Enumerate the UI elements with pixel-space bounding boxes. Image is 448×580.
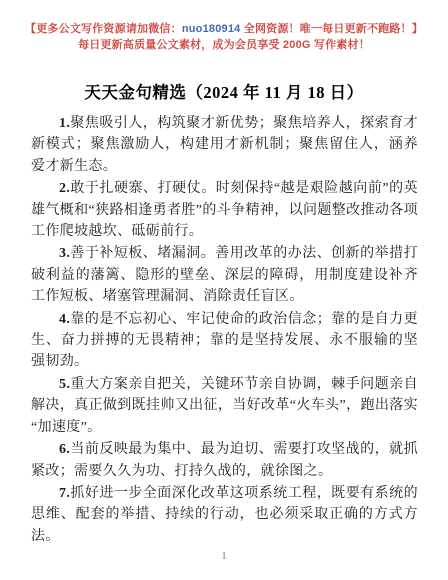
paragraph-1: 1.聚焦吸引人，构筑聚才新优势；聚焦培养人，探索育才新模式；聚焦激励人，构建用才… xyxy=(31,113,418,177)
paragraph-1-text: 聚焦吸引人，构筑聚才新优势；聚焦培养人，探索育才新模式；聚焦激励人，构建用才新机… xyxy=(31,116,418,174)
paragraph-5-number: 5. xyxy=(59,377,70,392)
ad-line-1: 【更多公文写作资源请加微信：nuo180914 全网资源！唯一每日更新不跑路！】 xyxy=(0,21,448,37)
paragraph-6: 6.当前反映最为集中、最为迫切、需要打攻坚战的，就抓紧改；需要久久为功、打持久战… xyxy=(31,439,418,482)
paragraph-5: 5.重大方案亲自把关，关键环节亲自协调，棘手问题亲自解决，真正做到既挂帅又出征，… xyxy=(31,374,418,438)
paragraph-2-text: 敢于扎硬寨、打硬仗。时刻保持“越是艰险越向前”的英雄气概和“狭路相逢勇者胜”的斗… xyxy=(31,181,418,239)
page-number: 1 xyxy=(0,551,448,562)
paragraph-6-text: 当前反映最为集中、最为迫切、需要打攻坚战的，就抓紧改；需要久久为功、打持久战的，… xyxy=(31,442,418,478)
paragraph-3: 3.善于补短板、堵漏洞。善用改革的办法、创新的举措打破利益的藩篱、隐形的壁垒、深… xyxy=(31,243,418,307)
paragraph-7: 7.抓好进一步全面深化改革这项系统工程，既要有系统的思维、配套的举措、持续的行动… xyxy=(31,483,418,547)
paragraph-5-text: 重大方案亲自把关，关键环节亲自协调，棘手问题亲自解决，真正做到既挂帅又出征，当好… xyxy=(31,377,418,435)
paragraph-4-text: 靠的是不忘初心、牢记使命的政治信念；靠的是自力更生、奋力拼搏的无畏精神；靠的是坚… xyxy=(31,312,418,370)
document-body: 1.聚焦吸引人，构筑聚才新优势；聚焦培养人，探索育才新模式；聚焦激励人，构建用才… xyxy=(31,113,418,547)
ad-header: 【更多公文写作资源请加微信：nuo180914 全网资源！唯一每日更新不跑路！】… xyxy=(0,0,448,53)
document-page: 【更多公文写作资源请加微信：nuo180914 全网资源！唯一每日更新不跑路！】… xyxy=(0,0,448,580)
paragraph-2: 2.敢于扎硬寨、打硬仗。时刻保持“越是艰险越向前”的英雄气概和“狭路相逢勇者胜”… xyxy=(31,178,418,242)
paragraph-3-number: 3. xyxy=(59,246,70,261)
paragraph-3-text: 善于补短板、堵漏洞。善用改革的办法、创新的举措打破利益的藩篱、隐形的壁垒、深层的… xyxy=(31,246,418,304)
paragraph-1-number: 1. xyxy=(59,116,70,131)
paragraph-7-number: 7. xyxy=(59,486,70,501)
paragraph-6-number: 6. xyxy=(59,442,70,457)
paragraph-7-text: 抓好进一步全面深化改革这项系统工程，既要有系统的思维、配套的举措、持续的行动，也… xyxy=(31,486,418,544)
ad-line-1-prefix: 【更多公文写作资源请加微信： xyxy=(25,23,182,35)
paragraph-4-number: 4. xyxy=(59,312,70,327)
ad-line-1-suffix: 全网资源！唯一每日更新不跑路！】 xyxy=(241,23,423,35)
paragraph-2-number: 2. xyxy=(59,181,70,196)
paragraph-4: 4.靠的是不忘初心、牢记使命的政治信念；靠的是自力更生、奋力拼搏的无畏精神；靠的… xyxy=(31,309,418,373)
page-title: 天天金句精选（2024 年 11 月 18 日） xyxy=(0,82,448,104)
wechat-id: nuo180914 xyxy=(182,23,241,35)
ad-line-2: 每日更新高质量公文素材，成为会员享受 200G 写作素材！ xyxy=(0,37,448,53)
